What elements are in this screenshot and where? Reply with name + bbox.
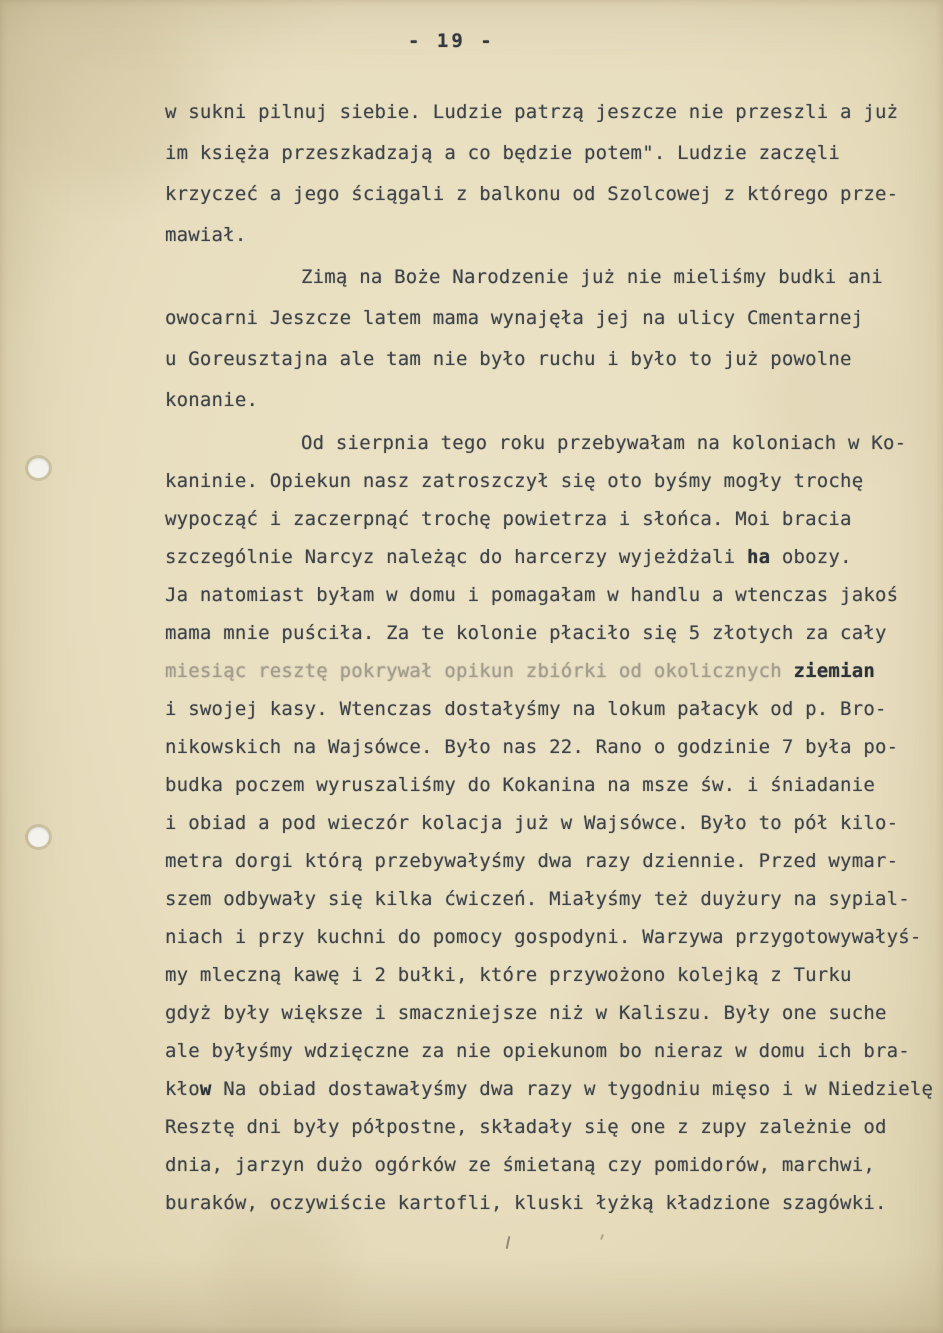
text-segment: buraków, oczywiście kartofli, kluski łyż… [165,1192,887,1214]
typewritten-text: w sukni pilnuj siebie. Ludzie patrzą jes… [165,92,935,1222]
text-line: Resztę dni były półpostne, składały się … [165,1108,935,1146]
text-line: owocarni Jeszcze latem mama wynajęła jej… [165,298,935,339]
stray-ink-mark [506,1236,511,1249]
text-segment: ziemian [794,660,875,682]
paragraph: Zimą na Boże Narodzenie już nie mieliśmy… [165,257,935,421]
text-segment: w sukni pilnuj siebie. Ludzie patrzą jes… [165,101,898,123]
text-line: ale byłyśmy wdzięczne za nie opiekunom b… [165,1032,935,1070]
text-segment: u Goreusztajna ale tam nie było ruchu i … [165,348,852,370]
text-segment: obozy. [770,546,851,568]
punch-hole-icon [28,827,49,847]
paragraph: Od sierpnia tego roku przebywałam na kol… [165,424,935,1222]
text-segment: gdyż były większe i smaczniejsze niż w K… [165,1002,887,1024]
text-segment: dnia, jarzyn dużo ogórków ze śmietaną cz… [165,1154,875,1176]
text-line: miesiąc resztę pokrywał opikun zbiórki o… [165,652,935,690]
text-line: wypocząć i zaczerpnąć trochę powietrza i… [165,500,935,538]
text-line: kłow Na obiad dostawałyśmy dwa razy w ty… [165,1070,935,1108]
text-line: Zimą na Boże Narodzenie już nie mieliśmy… [165,257,935,298]
text-line: gdyż były większe i smaczniejsze niż w K… [165,994,935,1032]
text-segment: i swojej kasy. Wtenczas dostałyśmy na lo… [165,698,887,720]
text-line: krzyczeć a jego ściągali z balkonu od Sz… [165,174,935,215]
document-page: - 19 - w sukni pilnuj siebie. Ludzie pat… [0,0,943,1333]
punch-hole-icon [28,458,49,478]
text-segment: Zimą na Boże Narodzenie już nie mieliśmy… [301,266,883,288]
text-segment: i obiad a pod wieczór kolacja już w Wajs… [165,812,898,834]
text-segment: Ja natomiast byłam w domu i pomagałam w … [165,584,898,606]
text-segment: szczególnie Narcyz należąc do harcerzy w… [165,546,747,568]
text-segment: szem odbywały się kilka ćwiczeń. Miałyśm… [165,888,910,910]
text-line: Od sierpnia tego roku przebywałam na kol… [165,424,935,462]
text-segment: kaninie. Opiekun nasz zatroszczył się ot… [165,470,863,492]
text-segment: Resztę dni były półpostne, składały się … [165,1116,887,1138]
text-line: szem odbywały się kilka ćwiczeń. Miałyśm… [165,880,935,918]
text-segment: ale byłyśmy wdzięczne za nie opiekunom b… [165,1040,910,1062]
text-segment: ha [747,546,770,568]
text-line: w sukni pilnuj siebie. Ludzie patrzą jes… [165,92,935,133]
text-line: u Goreusztajna ale tam nie było ruchu i … [165,339,935,380]
text-line: konanie. [165,380,935,421]
text-line: i obiad a pod wieczór kolacja już w Wajs… [165,804,935,842]
text-line: buraków, oczywiście kartofli, kluski łyż… [165,1184,935,1222]
text-segment: w [200,1078,212,1100]
text-segment: Od sierpnia tego roku przebywałam na kol… [301,432,906,454]
text-segment: owocarni Jeszcze latem mama wynajęła jej… [165,307,863,329]
text-line: im księża przeszkadzają a co będzie pote… [165,133,935,174]
stray-ink-mark [600,1234,604,1240]
text-segment: my mleczną kawę i 2 bułki, które przywoż… [165,964,852,986]
text-segment: niach i przy kuchni do pomocy gospodyni.… [165,926,922,948]
text-segment: Na obiad dostawałyśmy dwa razy w tygodni… [212,1078,934,1100]
text-segment: mawiał. [165,224,246,246]
text-line: szczególnie Narcyz należąc do harcerzy w… [165,538,935,576]
text-line: kaninie. Opiekun nasz zatroszczył się ot… [165,462,935,500]
text-segment: mama mnie puściła. Za te kolonie płaciło… [165,622,887,644]
text-line: metra dorgi którą przebywałyśmy dwa razy… [165,842,935,880]
text-segment: budka poczem wyruszaliśmy do Kokanina na… [165,774,875,796]
text-line: niach i przy kuchni do pomocy gospodyni.… [165,918,935,956]
paragraph: w sukni pilnuj siebie. Ludzie patrzą jes… [165,92,935,256]
faded-text-segment: miesiąc resztę pokrywał opikun zbiórki o… [165,660,794,682]
text-segment: krzyczeć a jego ściągali z balkonu od Sz… [165,183,898,205]
text-segment: konanie. [165,389,258,411]
text-line: i swojej kasy. Wtenczas dostałyśmy na lo… [165,690,935,728]
text-segment: wypocząć i zaczerpnąć trochę powietrza i… [165,508,852,530]
text-line: Ja natomiast byłam w domu i pomagałam w … [165,576,935,614]
text-line: budka poczem wyruszaliśmy do Kokanina na… [165,766,935,804]
text-line: mawiał. [165,215,935,256]
text-line: dnia, jarzyn dużo ogórków ze śmietaną cz… [165,1146,935,1184]
text-line: my mleczną kawę i 2 bułki, które przywoż… [165,956,935,994]
text-segment: kło [165,1078,200,1100]
text-line: mama mnie puściła. Za te kolonie płaciło… [165,614,935,652]
text-segment: nikowskich na Wajsówce. Było nas 22. Ran… [165,736,898,758]
text-segment: metra dorgi którą przebywałyśmy dwa razy… [165,850,898,872]
text-line: nikowskich na Wajsówce. Było nas 22. Ran… [165,728,935,766]
page-number: - 19 - [408,30,495,52]
text-segment: im księża przeszkadzają a co będzie pote… [165,142,840,164]
